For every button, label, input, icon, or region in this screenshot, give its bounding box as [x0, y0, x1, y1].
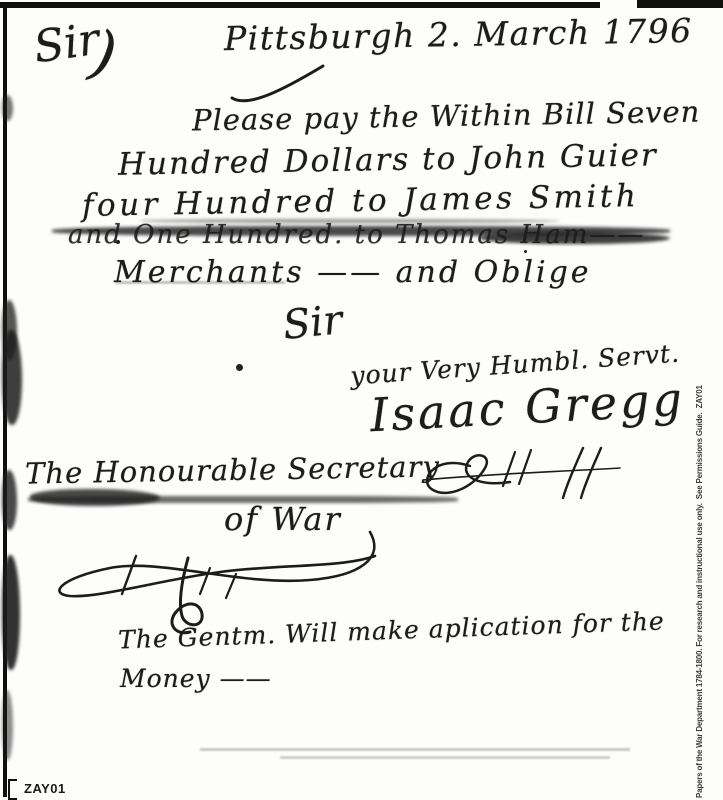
scanned-letter-page: Sir ) Pittsburgh 2. March 1796 Please pa…	[0, 0, 723, 800]
scan-streak	[200, 748, 630, 751]
scan-streak	[280, 756, 610, 759]
scan-smudge	[2, 470, 17, 530]
body-line-1: Please pay the Within Bill Seven	[192, 98, 701, 136]
body-line-5: Merchants —— and Oblige	[114, 258, 592, 288]
scan-border-top-right	[637, 0, 723, 8]
archive-margin-note: Papers of the War Department 1784-1800. …	[695, 384, 713, 798]
ink-speck	[524, 250, 527, 253]
scan-smudge	[2, 95, 13, 121]
closing-salutation: Sir	[281, 300, 344, 346]
dateline-swash-flourish	[228, 60, 328, 105]
body-line-2: Hundred Dollars to John Guier	[118, 140, 658, 180]
scan-smudge	[2, 690, 13, 760]
dateline: Pittsburgh 2. March 1796	[224, 14, 693, 55]
scan-border-top-left	[0, 2, 600, 8]
ink-speck	[236, 364, 243, 371]
document-id-stamp: ZAY01	[24, 781, 66, 796]
scan-streak	[30, 489, 160, 506]
addressee-line-1: The Honourable Secretary	[25, 452, 440, 488]
signature: Isaac Gregg	[369, 376, 686, 438]
stamp-bracket	[8, 779, 17, 800]
signature-flourish	[415, 446, 630, 504]
postscript-line-2: Money ——	[120, 666, 272, 691]
scan-smudge	[2, 555, 20, 670]
body-line-4-struck: and One Hundred. to Thomas Ham——	[68, 222, 645, 248]
scan-smudge	[2, 330, 22, 425]
body-line-3: four Hundred to James Smith	[82, 181, 640, 222]
